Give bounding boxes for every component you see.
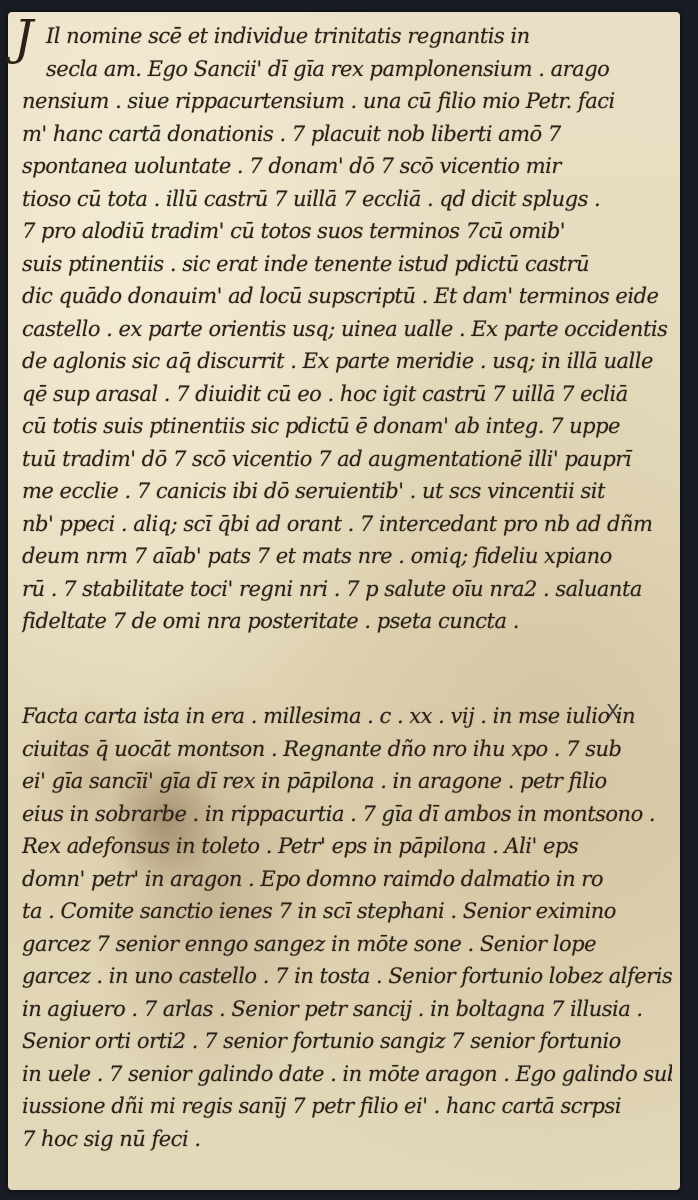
text-line: Rex adefonsus in toleto . Petr' eps in p…: [22, 830, 672, 863]
text-line: spontanea uoluntate . 7 donam' dō 7 scō …: [22, 150, 672, 183]
text-line: de aglonis sic aq̄ discurrit . Ex parte …: [22, 345, 672, 378]
text-line: dic quādo donauim' ad locū supscriptū . …: [22, 280, 672, 313]
text-line: secla am. Ego Sancii' dī gīa rex pamplon…: [22, 53, 672, 86]
text-line: [22, 670, 672, 703]
text-line: in uele . 7 senior galindo date . in mōt…: [22, 1058, 672, 1091]
text-line: me ecclie . 7 canicis ibi dō seruientib'…: [22, 475, 672, 508]
text-line: ciuitas q̄ uocāt montson . Regnante dño …: [22, 733, 672, 766]
charter-dating-clause: Facta carta ista in era . millesima . c …: [22, 700, 672, 1155]
text-line: castello . ex parte orientis usq; uinea …: [22, 313, 672, 346]
text-line: qē sup arasal . 7 diuidit cū eo . hoc ig…: [22, 378, 672, 411]
text-line: tioso cū tota . illū castrū 7 uillā 7 ec…: [22, 183, 672, 216]
text-line: tuū tradim' dō 7 scō vicentio 7 ad augme…: [22, 443, 672, 476]
text-line: [22, 638, 672, 671]
text-line: domn' petr' in aragon . Epo domno raimdo…: [22, 863, 672, 896]
text-line: m' hanc cartā donationis . 7 placuit nob…: [22, 118, 672, 151]
text-line: Il nomine scē et individue trinitatis re…: [22, 20, 672, 53]
text-line: garcez 7 senior enngo sangez in mōte son…: [22, 928, 672, 961]
text-line: garcez . in uno castello . 7 in tosta . …: [22, 960, 672, 993]
text-line: Senior orti orti2 . 7 senior fortunio sa…: [22, 1025, 672, 1058]
text-line: ei' gīa sancīi' gīa dī rex in pāpilona .…: [22, 765, 672, 798]
text-line: iussione dñi mi regis sanīj 7 petr filio…: [22, 1090, 672, 1123]
text-line: deum nrm 7 aīab' pats 7 et mats nre . om…: [22, 540, 672, 573]
text-line: in agiuero . 7 arlas . Senior petr sanci…: [22, 993, 672, 1026]
text-line: nensium . siue rippacurtensium . una cū …: [22, 85, 672, 118]
text-line: 7 hoc sig nū feci .: [22, 1123, 672, 1156]
text-line: suis ptinentiis . sic erat inde tenente …: [22, 248, 672, 281]
text-line: Facta carta ista in era . millesima . c …: [22, 700, 672, 733]
text-line: cū totis suis ptinentiis sic pdictū ē do…: [22, 410, 672, 443]
text-line: ta . Comite sanctio ienes 7 in scī steph…: [22, 895, 672, 928]
text-line: 7 pro alodiū tradim' cū totos suos termi…: [22, 215, 672, 248]
text-line: nb' ppeci . aliq; scī q̄bi ad orant . 7 …: [22, 508, 672, 541]
text-line: fideltate 7 de omi nra posteritate . pse…: [22, 605, 672, 638]
charter-body: Il nomine scē et individue trinitatis re…: [22, 20, 672, 703]
text-line: eius in sobrarbe . in rippacurtia . 7 gī…: [22, 798, 672, 831]
text-line: rū . 7 stabilitate toci' regni nri . 7 p…: [22, 573, 672, 606]
